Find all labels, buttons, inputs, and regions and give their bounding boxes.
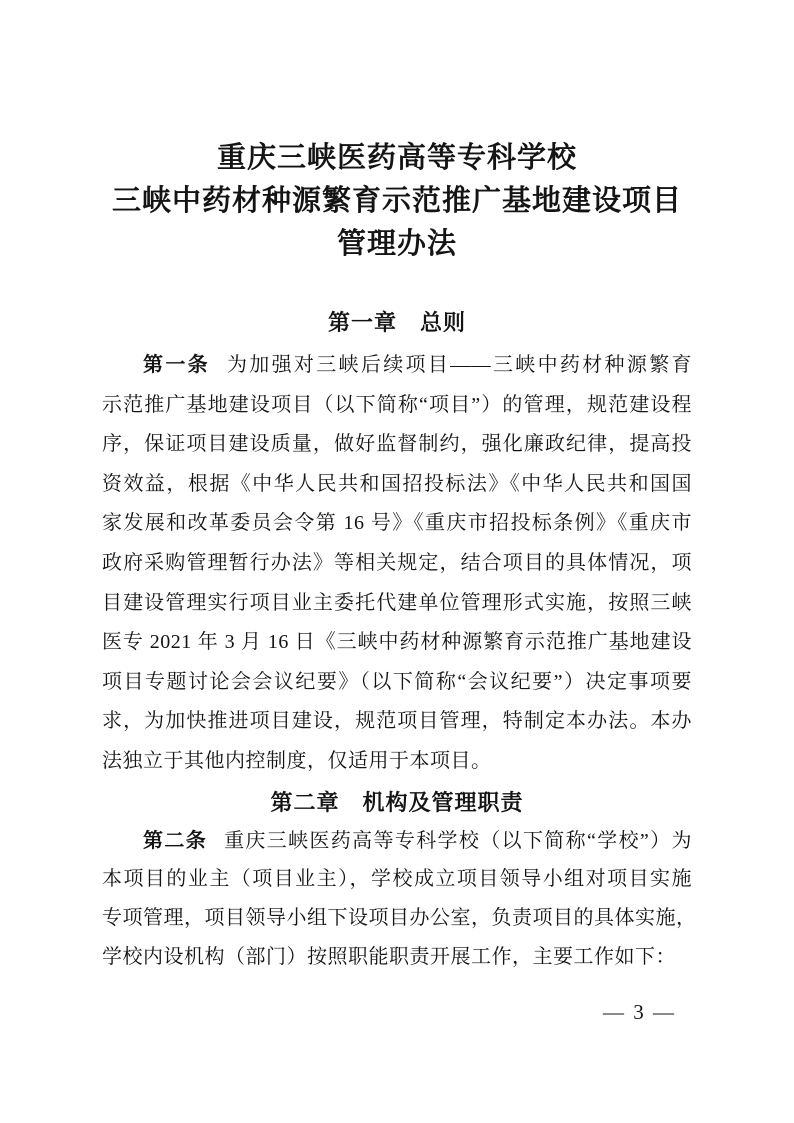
article-1-paragraph: 第一条为加强对三峡后续项目——三峡中药材种源繁育 示范推广基地建设项目（以下简称… [102, 346, 692, 782]
article-1-line-11: 法独立于其他内控制度，仅适用于本项目。 [102, 742, 692, 782]
chapter-2-heading: 第二章 机构及管理职责 [102, 788, 692, 818]
article-1-line-9: 项目专题讨论会会议纪要》（以下简称“会议纪要”）决定事项要 [102, 663, 692, 703]
document-page: 重庆三峡医药高等专科学校 三峡中药材种源繁育示范推广基地建设项目 管理办法 第一… [0, 0, 794, 1123]
article-1-line-6: 政府采购管理暂行办法》等相关规定，结合项目的具体情况，项 [102, 544, 692, 584]
article-2-paragraph: 第二条重庆三峡医药高等专科学校（以下简称“学校”）为 本项目的业主（项目业主），… [102, 822, 692, 977]
title-line-1: 重庆三峡医药高等专科学校 [102, 137, 692, 180]
article-2-number: 第二条 [143, 830, 207, 852]
title-line-3: 管理办法 [102, 223, 692, 266]
article-2-line-4: 学校内设机构（部门）按照职能职责开展工作，主要工作如下： [102, 938, 692, 977]
article-1-line-5: 家发展和改革委员会令第 16 号》《重庆市招投标条例》《重庆市 [102, 504, 692, 544]
article-2-line-2: 本项目的业主（项目业主），学校成立项目领导小组对项目实施 [102, 860, 692, 899]
article-2-line-1: 第二条重庆三峡医药高等专科学校（以下简称“学校”）为 [102, 822, 692, 861]
article-2-line-1-text: 重庆三峡医药高等专科学校（以下简称“学校”）为 [224, 830, 692, 852]
article-1-line-1: 第一条为加强对三峡后续项目——三峡中药材种源繁育 [102, 346, 692, 386]
article-1-line-10: 求，为加快推进项目建设，规范项目管理，特制定本办法。本办 [102, 702, 692, 742]
article-2-line-3: 专项管理，项目领导小组下设项目办公室，负责项目的具体实施， [102, 899, 692, 938]
page-number: — 3 — [102, 997, 692, 1027]
chapter-1-heading: 第一章 总则 [102, 308, 692, 338]
article-1-line-8: 医专 2021 年 3 月 16 日《三峡中药材种源繁育示范推广基地建设 [102, 623, 692, 663]
article-1-line-2: 示范推广基地建设项目（以下简称“项目”）的管理，规范建设程 [102, 386, 692, 426]
document-title: 重庆三峡医药高等专科学校 三峡中药材种源繁育示范推广基地建设项目 管理办法 [102, 0, 692, 266]
article-1-line-7: 目建设管理实行项目业主委托代建单位管理形式实施，按照三峡 [102, 584, 692, 624]
article-1-number: 第一条 [143, 354, 210, 376]
article-1-line-4: 资效益，根据《中华人民共和国招投标法》《中华人民共和国国 [102, 465, 692, 505]
article-1-line-3: 序，保证项目建设质量，做好监督制约，强化廉政纪律，提高投 [102, 425, 692, 465]
title-line-2: 三峡中药材种源繁育示范推广基地建设项目 [102, 180, 692, 223]
article-1-line-1-text: 为加强对三峡后续项目——三峡中药材种源繁育 [227, 354, 692, 376]
